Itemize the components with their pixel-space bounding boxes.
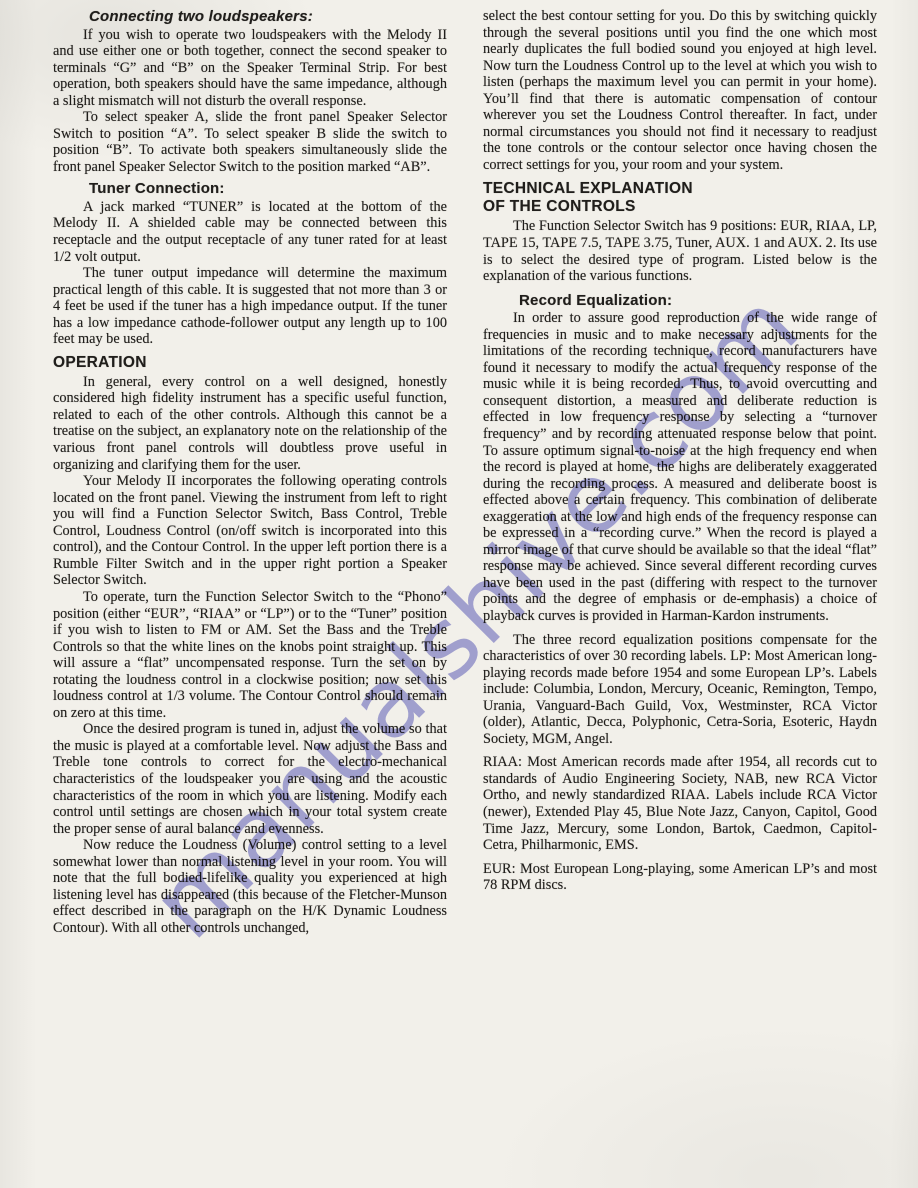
- para-operation-4: Once the desired program is tuned in, ad…: [53, 721, 447, 837]
- para-function-selector: The Function Selector Switch has 9 posit…: [483, 218, 877, 284]
- para-riaa: RIAA: Most American records made after 1…: [483, 754, 877, 853]
- left-column: Connecting two loudspeakers:If you wish …: [53, 8, 447, 936]
- para-operation-5: Now reduce the Loudness (Volume) control…: [53, 837, 447, 936]
- para-eur: EUR: Most European Long-playing, some Am…: [483, 861, 877, 894]
- scanned-manual-page: Connecting two loudspeakers:If you wish …: [0, 0, 918, 1188]
- heading-technical-explanation: TECHNICAL EXPLANATION OF THE CONTROLS: [483, 180, 877, 216]
- para-operation-2: Your Melody II incorporates the followin…: [53, 473, 447, 589]
- para-connecting-2: To select speaker A, slide the front pan…: [53, 109, 447, 175]
- heading-record-equalization: Record Equalization:: [519, 292, 877, 310]
- para-operation-3: To operate, turn the Function Selector S…: [53, 589, 447, 721]
- heading-tuner-connection: Tuner Connection:: [89, 180, 447, 198]
- para-tuner-2: The tuner output impedance will determin…: [53, 265, 447, 348]
- para-operation-1: In general, every control on a well desi…: [53, 374, 447, 473]
- heading-operation: OPERATION: [53, 354, 447, 372]
- para-connecting-1: If you wish to operate two loudspeakers …: [53, 27, 447, 110]
- para-record-eq-2: The three record equalization positions …: [483, 632, 877, 748]
- para-contour-continuation: select the best contour setting for you.…: [483, 8, 877, 173]
- right-column: select the best contour setting for you.…: [483, 8, 877, 894]
- para-tuner-1: A jack marked “TUNER” is located at the …: [53, 199, 447, 265]
- heading-connecting-two-loudspeakers: Connecting two loudspeakers:: [89, 8, 447, 26]
- para-record-eq-1: In order to assure good reproduction of …: [483, 310, 877, 624]
